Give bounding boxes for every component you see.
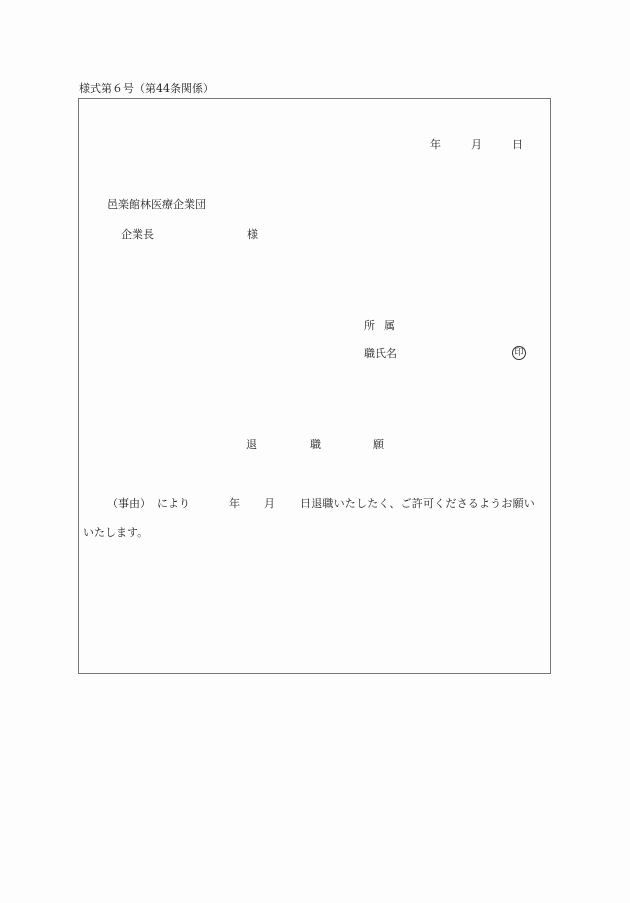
document-title-char-1: 退 — [246, 439, 257, 450]
document-title-char-2: 職 — [310, 439, 321, 450]
addressee-honorific: 様 — [247, 229, 258, 240]
addressee-title: 企業長 — [121, 229, 154, 240]
body-year-label: 年 — [229, 498, 240, 509]
by-reason-text: により — [157, 498, 190, 509]
body-month-label: 月 — [264, 498, 275, 509]
document-title-char-3: 願 — [373, 439, 384, 450]
reason-label: （事由） — [107, 498, 151, 509]
body-text-line1: 日退職いたしたく、ご許可くださるようお願い — [300, 498, 535, 509]
form-number-label: 様式第６号（第44条関係） — [79, 83, 214, 94]
date-month-label: 月 — [471, 139, 482, 150]
document-frame — [78, 98, 551, 674]
body-text-line2: いたします。 — [83, 527, 148, 538]
seal-icon: 印 — [512, 346, 526, 360]
date-day-label: 日 — [512, 139, 523, 150]
addressee-organization: 邑楽館林医療企業団 — [107, 199, 206, 210]
date-year-label: 年 — [430, 139, 441, 150]
name-label: 職氏名 — [364, 348, 397, 359]
department-label: 所属 — [364, 320, 404, 331]
